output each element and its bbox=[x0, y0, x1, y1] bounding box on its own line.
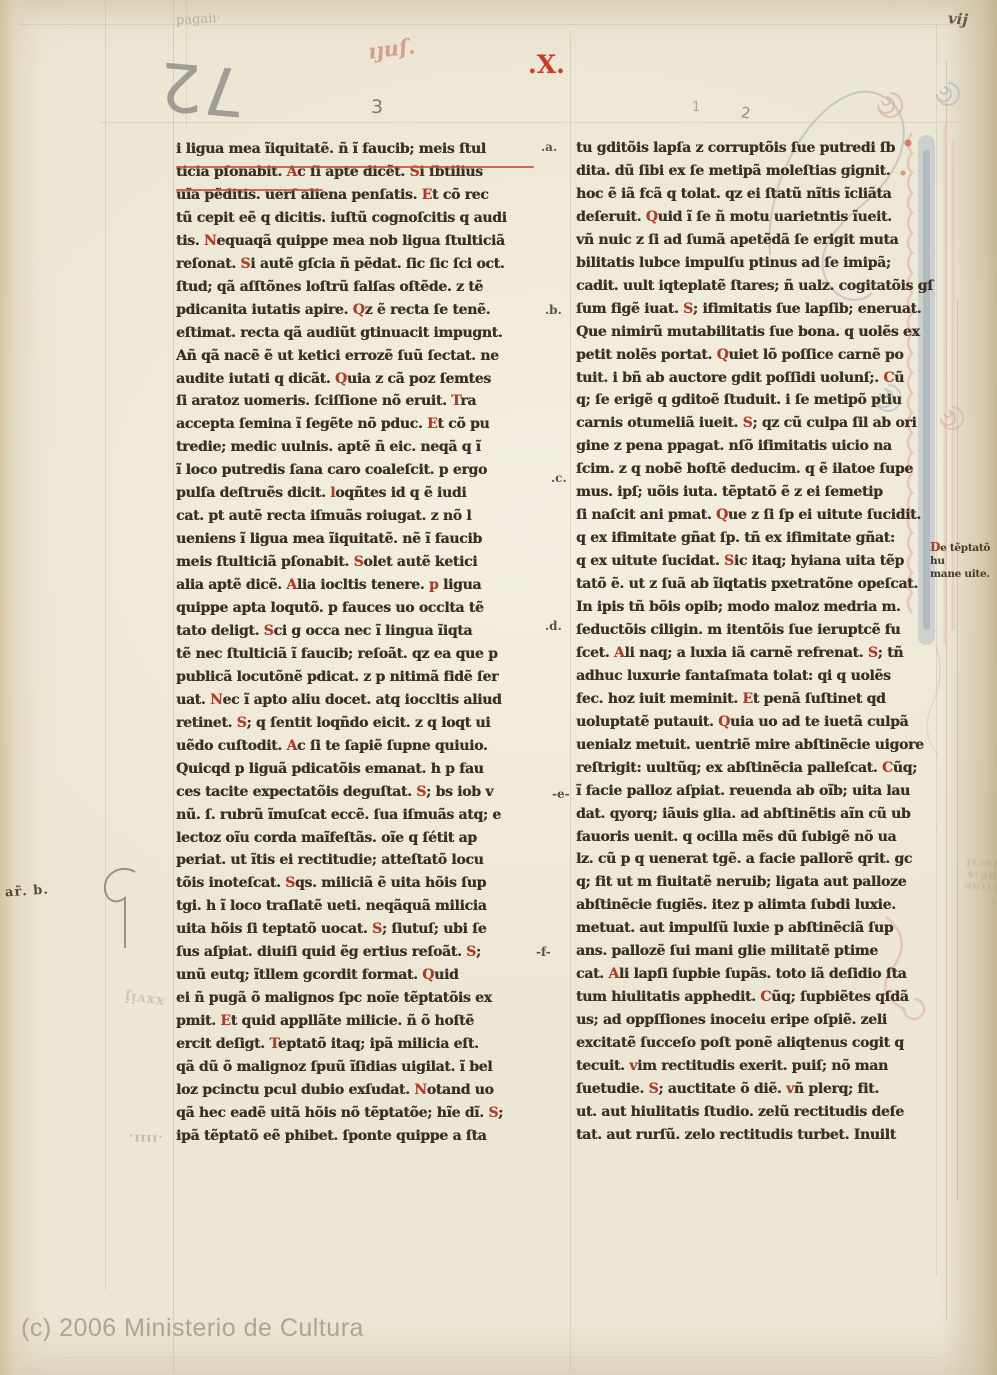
manuscript-text-line: tatõ ẽ. ut z ſuã ab ĩiqtatis pxetratõne … bbox=[576, 576, 918, 592]
manuscript-text-line: quippe apta loqutõ. p fauces uo occlta t… bbox=[176, 600, 484, 616]
manuscript-text-line: nũ. ſ. rubrũ ĩmuſcat eccẽ. ſua iſmuãs at… bbox=[176, 807, 501, 823]
rubricated-letter: S bbox=[724, 553, 734, 569]
manuscript-text-line: alia aptẽ dicẽ. Alia iocltis tenere. p l… bbox=[176, 577, 481, 593]
ruling-line-horizontal bbox=[60, 1357, 940, 1358]
gutter-reference-letter: .c. bbox=[551, 471, 567, 485]
showthrough-numeral: xxvij bbox=[123, 988, 165, 1009]
gutter-reference-letter: -e- bbox=[552, 787, 570, 801]
manuscript-text-line: lz. cũ p q uenerat tgẽ. a facie pallorẽ … bbox=[576, 851, 912, 867]
pencil-mark-1: 1 bbox=[692, 100, 700, 115]
manuscript-text-line: ſeductõis ciligin. m itentõis ſue ierupt… bbox=[576, 622, 900, 638]
rubricated-letter: Q bbox=[718, 714, 730, 730]
manuscript-text-line: qã hec eadẽ uitã hõis nõ tẽptatõe; hĩe d… bbox=[176, 1105, 503, 1121]
manuscript-text-line: pmit. Et quid appllãte milicie. ñ õ hoſt… bbox=[176, 1013, 474, 1029]
manuscript-text-line: Que nimirũ mutabilitatis ſue bona. q uol… bbox=[576, 324, 920, 340]
manuscript-text-line: reſonat. Si autẽ gſcia ñ pẽdat. ſic ſic … bbox=[176, 256, 504, 272]
manuscript-text-line: qã dũ õ malignoz ſpuũ ĩſidias uigilat. ĩ… bbox=[176, 1059, 492, 1075]
manuscript-text-line: ſtud; qã aſſtõnes loſtrũ falſas oſtẽde. … bbox=[176, 279, 483, 295]
manuscript-text-line: tõis inoteſcat. Sqs. miliciã ẽ uita hõis… bbox=[176, 875, 486, 891]
manuscript-text-line: ces tacite expectatõis deguſtat. S; bs i… bbox=[176, 784, 493, 800]
manuscript-text-line: ſus aſpiat. diuiſi quid ẽg ertius reſoãt… bbox=[176, 944, 481, 960]
manuscript-text-line: tat. aut rurſũ. zelo rectitudis turbet. … bbox=[576, 1127, 896, 1143]
rubricated-letter: p bbox=[429, 577, 439, 593]
manuscript-text-line: abſtinẽcie fugiẽs. itez p alimta ſubdi l… bbox=[576, 897, 896, 913]
manuscript-text-line: meis ſtulticiã pſonabit. Solet autẽ keti… bbox=[176, 554, 477, 570]
manuscript-text-line: uat. Nec ĩ apto aliu docet. atq ioccltis… bbox=[176, 692, 501, 708]
rubricated-letter: C bbox=[760, 989, 771, 1005]
rubricated-letter: S bbox=[416, 784, 426, 800]
manuscript-text-line: pulſa deſtruẽs dicit. loqñtes id q ẽ iud… bbox=[176, 485, 466, 501]
manuscript-text-line: dat. qyorq; iãuis glia. ad abſtinẽtis aĩ… bbox=[576, 806, 910, 822]
manuscript-text-line: gine z pena ppagat. nſõ ifimitatis uicio… bbox=[576, 438, 892, 454]
manuscript-text-line: us; ad oppſſiones inoceiu eripe oſpiẽ. z… bbox=[576, 1012, 887, 1028]
rubricated-letter: C bbox=[883, 370, 894, 386]
manuscript-text-line: ueniens ĩ ligua mea ĩiquitatẽ. nẽ ĩ fauc… bbox=[176, 531, 482, 547]
manuscript-text-line: carnis otumeliã iueit. S; qz cũ culpa ſi… bbox=[576, 415, 916, 431]
manuscript-text-line: ĩ loco putredis ſana caro coaleſcit. p e… bbox=[176, 462, 487, 478]
manuscript-text-line: periat. ut ĩtis ei rectitudie; atteſtatõ… bbox=[176, 852, 483, 868]
rubricated-letter: S bbox=[285, 875, 295, 891]
rubricated-letter: A bbox=[614, 645, 625, 661]
manuscript-text-line: uita hõis ſi teptatõ uocat. S; ſiutuſ; u… bbox=[176, 921, 486, 937]
manuscript-text-line: dita. dũ ſibi ex ſe metipã moleſtias gig… bbox=[576, 163, 890, 179]
manuscript-text-line: ĩ facie palloz aſpiat. reuenda ab oĩb; u… bbox=[576, 783, 910, 799]
rubricated-letter: N bbox=[204, 233, 217, 249]
rubricated-letter: S bbox=[649, 1081, 659, 1097]
manuscript-text-line: vñ nuic z ſi ad ſumã apetẽdã ſe erigit m… bbox=[576, 232, 898, 248]
rubricated-letter: E bbox=[220, 1013, 230, 1029]
left-margin-flourish-mark bbox=[95, 858, 145, 953]
manuscript-text-line: tgi. h ĩ loco traſlatẽ ueti. neqãquã mil… bbox=[176, 898, 487, 914]
rubricated-letter: Q bbox=[646, 209, 658, 225]
edge-showthrough-text: ꝛ ſtıne bbox=[952, 880, 997, 909]
manuscript-text-line: mus. ipſ; uõis iuta. tẽptatõ ẽ z ei ſeme… bbox=[576, 484, 883, 500]
rubricated-letter: T bbox=[451, 393, 460, 409]
manuscript-text-line: Añ qã nacẽ ẽ ut ketici errozẽ ſuũ ſectat… bbox=[176, 348, 499, 364]
manuscript-text-line: cat. Ali lapſi ſupbie ſupãs. toto iã deſ… bbox=[576, 966, 906, 982]
manuscript-text-line: hoc ẽ iã fcã q tolat. qz ei ſtatũ nĩtis … bbox=[576, 186, 891, 202]
manuscript-text-line: pdicanita iutatis apire. Qz ẽ recta ſe t… bbox=[176, 302, 490, 318]
rubricated-letter: Q bbox=[335, 371, 347, 387]
manuscript-text-line: uenialz metuit. uentriẽ mire abſtinẽcie … bbox=[576, 737, 924, 753]
gutter-reference-letter: .b. bbox=[545, 303, 562, 317]
manuscript-text-line: ei ñ pugã õ malignos ſpc noĩe tẽptatõis … bbox=[176, 990, 492, 1006]
manuscript-text-line: ipã tẽptatõ eẽ phibet. ſponte quippe a ſ… bbox=[176, 1128, 486, 1144]
rubricated-letter: E bbox=[742, 691, 752, 707]
marginal-rubric-note: De tẽptatõ hu mane uite. bbox=[930, 541, 994, 581]
manuscript-text-line: uoluptatẽ putauit. Quia uo ad te iuetã c… bbox=[576, 714, 908, 730]
manuscript-page: pagaiı· 72 ıȷuſ. .X. 3 1 2 vij De tẽptat… bbox=[0, 0, 997, 1375]
manuscript-text-line: ſcim. z q nobẽ hoſtẽ deducim. q ẽ ilatoe… bbox=[576, 461, 913, 477]
rubricated-letter: N bbox=[210, 692, 223, 708]
manuscript-text-line: retinet. S; q ſentit loqñdo eicit. z q l… bbox=[176, 715, 490, 731]
ruling-line-vertical bbox=[570, 30, 571, 1370]
folio-number-pencil: 72 bbox=[159, 46, 244, 131]
manuscript-text-line: q ex ifimitate gñat ſp. tñ ex ifimitate … bbox=[576, 530, 895, 546]
manuscript-text-line: metuat. aut impulſũ luxie p abſtinẽciã ſ… bbox=[576, 920, 893, 936]
manuscript-text-line: publicã locutõnẽ pdicat. z p nitimã fidẽ… bbox=[176, 669, 498, 685]
gutter-reference-letter: .d. bbox=[545, 619, 562, 633]
rubric-underline bbox=[176, 166, 534, 168]
rubricated-letter: S bbox=[240, 256, 250, 272]
manuscript-text-line: tũ cepit eẽ q dicitis. iuſtũ cognoſcitis… bbox=[176, 210, 507, 226]
manuscript-text-line: ſi naſcit ani pmat. Que z ſi ſp ei uitut… bbox=[576, 507, 921, 523]
left-margin-ink-note: ar̃. b. bbox=[5, 882, 50, 900]
showthrough-numeral-bottom: .ıııı. bbox=[128, 1130, 163, 1146]
manuscript-text-line: cadit. uult iqteplatẽ ſtares; ñ ualz. co… bbox=[576, 278, 933, 294]
manuscript-text-line: ſi aratoz uomeris. ſciſſione nõ eruit. T… bbox=[176, 393, 476, 409]
rubricated-letter: Q bbox=[717, 347, 729, 363]
rubricated-letter: v bbox=[786, 1081, 794, 1097]
manuscript-text-line: reſtrigit: uultũq; ex abſtinẽcia palleſc… bbox=[576, 760, 917, 776]
gutter-reference-letter: -f- bbox=[536, 945, 551, 959]
manuscript-text-line: loz pcinctu pcul dubio exſudat. Notand u… bbox=[176, 1082, 494, 1098]
rubricated-letter: E bbox=[422, 187, 432, 203]
rubricated-letter: Q bbox=[716, 507, 728, 523]
chapter-numeral-rubric: .X. bbox=[528, 50, 565, 79]
manuscript-text-line: fec. hoz iuit meminit. Et penã ſuſtinet … bbox=[576, 691, 886, 707]
manuscript-text-line: ſcet. Ali naq; a luxia iã carnẽ refrenat… bbox=[576, 645, 903, 661]
rubricated-letter: Q bbox=[353, 302, 365, 318]
manuscript-text-line: audite iutati q dicãt. Quia z cã poz ſem… bbox=[176, 371, 491, 387]
pencil-mark-3: 3 bbox=[371, 96, 383, 118]
rubricated-letter: S bbox=[264, 623, 274, 639]
manuscript-text-line: uẽdo cuſtodit. Ac ſi te ſapiẽ ſupne quiu… bbox=[176, 738, 487, 754]
rubricated-letter: S bbox=[237, 715, 247, 731]
rubricated-letter: A bbox=[608, 966, 619, 982]
rubric-underline bbox=[176, 189, 323, 191]
manuscript-text-line: q; ſe erigẽ q gditoẽ ſtuduit. i ſe metip… bbox=[576, 392, 902, 408]
manuscript-text-line: tum hiulitatis apphedit. Cũq; ſupbiẽtes … bbox=[576, 989, 909, 1005]
rubricated-letter: S bbox=[868, 645, 878, 661]
rubricated-letter: l bbox=[330, 485, 335, 501]
manuscript-text-line: accepta ſemina ĩ ſegẽte nõ pduc. Et cõ p… bbox=[176, 416, 489, 432]
rubricated-letter: C bbox=[882, 760, 893, 776]
manuscript-text-line: cat. pt autẽ recta iſmuãs roiugat. z nõ … bbox=[176, 508, 471, 524]
manuscript-text-line: tredie; medic uulnis. aptẽ ñ eic. neqã q… bbox=[176, 439, 481, 455]
rubricated-letter: A bbox=[286, 738, 297, 754]
rubricated-letter: E bbox=[427, 416, 437, 432]
corner-foliation-ink: vij bbox=[947, 9, 968, 29]
manuscript-text-line: i ligua mea ĩiquitatẽ. ñ ĩ faucib; meis … bbox=[176, 141, 486, 157]
text-column-right: tu gditõis lapſa z corruptõis ſue putred… bbox=[576, 140, 938, 1156]
text-column-left: i ligua mea ĩiquitatẽ. ñ ĩ faucib; meis … bbox=[176, 141, 542, 1157]
ruling-line-vertical bbox=[105, 0, 106, 1290]
rubricated-letter: S bbox=[466, 944, 476, 960]
manuscript-text-line: ercit deſigt. Teptatõ itaq; ipã milicia … bbox=[176, 1036, 479, 1052]
manuscript-text-line: petit nolẽs portat. Quiet lõ poſſice car… bbox=[576, 347, 903, 363]
rubricated-letter: N bbox=[414, 1082, 427, 1098]
rubricated-letter: S bbox=[354, 554, 364, 570]
manuscript-text-line: tuit. i bñ ab auctore gdit poſſidi uolun… bbox=[576, 370, 904, 386]
copyright-notice: (c) 2006 Ministerio de Cultura bbox=[21, 1314, 364, 1343]
rubricated-letter: S bbox=[743, 415, 753, 431]
penwork-spiral bbox=[937, 83, 959, 105]
ruling-line-horizontal bbox=[20, 24, 960, 25]
manuscript-text-line: eſtimat. recta qã audiũt gtinuacit impug… bbox=[176, 325, 502, 341]
manuscript-text-line: tis. Nequaqã quippe mea nob ligua ſtulti… bbox=[176, 233, 505, 249]
manuscript-text-line: In ipis tñ bõis opib; modo maloz medria … bbox=[576, 599, 901, 615]
gutter-reference-letter: .a. bbox=[541, 140, 557, 154]
rubricated-letter: A bbox=[286, 577, 297, 593]
manuscript-text-line: bilitatis lubce impulſu ptinus ad ſe imi… bbox=[576, 255, 891, 271]
rubricated-letter: S bbox=[488, 1105, 498, 1121]
manuscript-text-line: ans. pallozẽ ſui mani glie militatẽ ptim… bbox=[576, 943, 878, 959]
manuscript-text-line: tẽ nec ſtulticiã ĩ faucib; reſoãt. qz ea… bbox=[176, 646, 498, 662]
manuscript-text-line: deſeruit. Quid ĩ ſe ñ motu uarietntis ĩu… bbox=[576, 209, 892, 225]
manuscript-text-line: q ex uitute ſucidat. Sic itaq; hyiana ui… bbox=[576, 553, 904, 569]
manuscript-text-line: tecuit. vim rectitudis exerit. puiſ; nõ … bbox=[576, 1058, 888, 1074]
rubricated-letter: T bbox=[269, 1036, 278, 1052]
manuscript-text-line: Quicqd p liguã pdicatõis emanat. h p fau bbox=[176, 761, 484, 777]
manuscript-text-line: ſuetudie. S; auctitate õ diẽ. vñ plerq; … bbox=[576, 1081, 879, 1097]
manuscript-text-line: adhuc luxurie fantaſmata tolat: qi q uol… bbox=[576, 668, 891, 684]
manuscript-text-line: q; fit ut m fiuitatẽ neruib; ligata aut … bbox=[576, 874, 906, 890]
manuscript-text-line: ut. aut hiulitatis ſtudio. zelũ rectitud… bbox=[576, 1104, 904, 1120]
manuscript-text-line: lectoz oĩu corda maĩfeſtãs. oĩe q ſétit … bbox=[176, 830, 477, 846]
manuscript-text-line: ſum figẽ iuat. S; ifimitatis ſue lapſib;… bbox=[576, 301, 921, 317]
faded-red-inscription: ıȷuſ. bbox=[367, 33, 417, 64]
rubricated-letter: S bbox=[372, 921, 382, 937]
ruling-line-vertical bbox=[173, 0, 174, 1372]
manuscript-text-line: excitatẽ ſucceſo poſt ponẽ aliqtenus cog… bbox=[576, 1035, 904, 1051]
manuscript-text-line: tato deligt. Sci g occa nec ĩ lingua ĩiq… bbox=[176, 623, 472, 639]
top-left-faded-inscription: pagaiı· bbox=[176, 11, 221, 28]
rubricated-letter: Q bbox=[422, 967, 434, 983]
rubricated-letter: v bbox=[629, 1058, 637, 1074]
manuscript-text-line: tu gditõis lapſa z corruptõis ſue putred… bbox=[576, 140, 895, 156]
manuscript-text-line: unũ eutq; ĩtllem gcordit format. Quid bbox=[176, 967, 459, 983]
manuscript-text-line: fauoris uenit. q ocilla mẽs dũ ſubigẽ nõ… bbox=[576, 829, 896, 845]
rubricated-letter: S bbox=[683, 301, 693, 317]
